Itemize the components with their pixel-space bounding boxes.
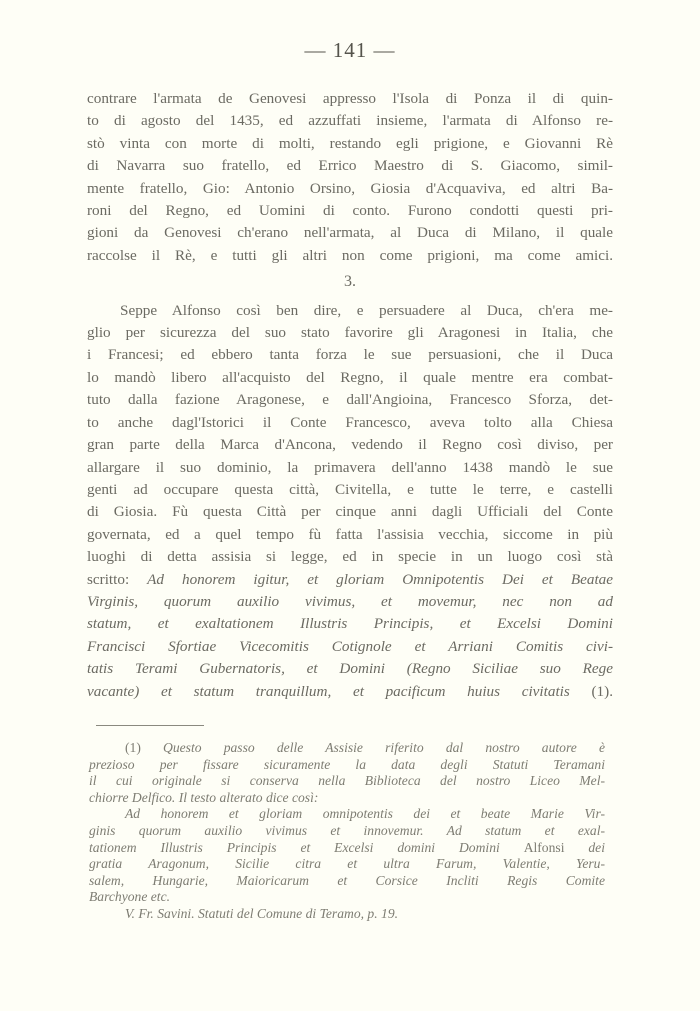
text-line: genti ad occupare questa città, Civitell… [87,479,613,501]
latin-line: tatis Terami Gubernatoris, et Domini (Re… [87,658,613,680]
footnote-citation: V. Fr. Savini. Statuti del Comune di Ter… [89,906,605,923]
text-line: glio per sicurezza del suo stato favorir… [87,322,613,344]
text-line: di Giosia. Fù questa Città per cinque an… [87,501,613,523]
paragraph-2: Seppe Alfonso così ben dire, e persuader… [87,300,613,703]
footnotes: (1) Questo passo delle Assisie riferito … [89,740,605,923]
text-span: scritto: [87,571,147,588]
footnote-quote-line: ginis quorum auxilio vivimus et innovemu… [89,823,605,840]
footnote-line: prezioso per fissare sicuramente la data… [89,757,605,774]
text-line: tuto dalla fazione Aragonese, e dall'Ang… [87,389,613,411]
footnote-quote-line: gratia Aragonum, Sicilie citra et ultra … [89,856,605,873]
text-line: roni del Regno, ed Uomini di conto. Furo… [87,200,613,222]
latin-line: Virginis, quorum auxilio vivimus, et mov… [87,591,613,613]
footnote-line: (1) Questo passo delle Assisie riferito … [89,740,605,757]
quote-text: tationem Illustris Principis et Excelsi … [89,840,524,855]
text-line: scritto: Ad honorem igitur, et gloriam O… [87,569,613,591]
latin-quote: vacante) et statum tranquillum, et pacif… [87,683,570,700]
text-line: di Navarra suo fratello, ed Errico Maest… [87,155,613,177]
footnote-line: il cui originale si conserva nella Bibli… [89,773,605,790]
quote-text: dei [564,840,605,855]
text-line: governata, ed a quel tempo fù fatta l'as… [87,524,613,546]
text-line: gran parte della Marca d'Ancona, vedendo… [87,434,613,456]
paragraph-1: contrare l'armata de Genovesi appresso l… [87,88,613,267]
text-line: to di agosto del 1435, ed azzuffati insi… [87,110,613,132]
quote-name: Alfonsi [524,840,565,855]
text-line: lo mandò libero all'acquisto del Regno, … [87,367,613,389]
latin-quote: Ad honorem igitur, et gloriam Omnipotent… [147,571,613,588]
text-line: vacante) et statum tranquillum, et pacif… [87,681,613,703]
section-number: 3. [87,271,613,293]
text-line: i Francesi; ed ebbero tanta forza le sue… [87,344,613,366]
text-line: to anche dagl'Istorici il Conte Francesc… [87,412,613,434]
footnote-line: chiorre Delfico. Il testo alterato dice … [89,790,605,807]
text-line: contrare l'armata de Genovesi appresso l… [87,88,613,110]
main-text: contrare l'armata de Genovesi appresso l… [87,88,613,703]
text-line: raccolse il Rè, e tutti gli altri non co… [87,245,613,267]
footnote-reference: (1). [570,683,613,700]
footnote-marker: (1) [125,740,163,755]
text-line: luoghi di detta assisia si legge, ed in … [87,546,613,568]
text-line: Seppe Alfonso così ben dire, e persuader… [87,300,613,322]
text-line: mente fratello, Gio: Antonio Orsino, Gio… [87,178,613,200]
text-line: stò vinta con morte di molti, restando e… [87,133,613,155]
footnote-quote-line: tationem Illustris Principis et Excelsi … [89,840,605,857]
footnote-quote-line: Ad honorem et gloriam omnipotentis dei e… [89,806,605,823]
text-line: gioni da Genovesi ch'erano nell'armata, … [87,222,613,244]
latin-line: Francisci Sfortiae Vicecomitis Cotignole… [87,636,613,658]
page-number: — 141 — [0,38,700,63]
footnote-quote-line: salem, Hungarie, Maioricarum et Corsice … [89,873,605,890]
footnote-text: Questo passo delle Assisie riferito dal … [163,740,605,755]
text-line: allargare il suo dominio, la primavera d… [87,457,613,479]
latin-line: statum, et exaltationem Illustris Princi… [87,613,613,635]
footnote-divider [96,725,204,726]
footnote-quote-line: Barchyone etc. [89,889,605,906]
